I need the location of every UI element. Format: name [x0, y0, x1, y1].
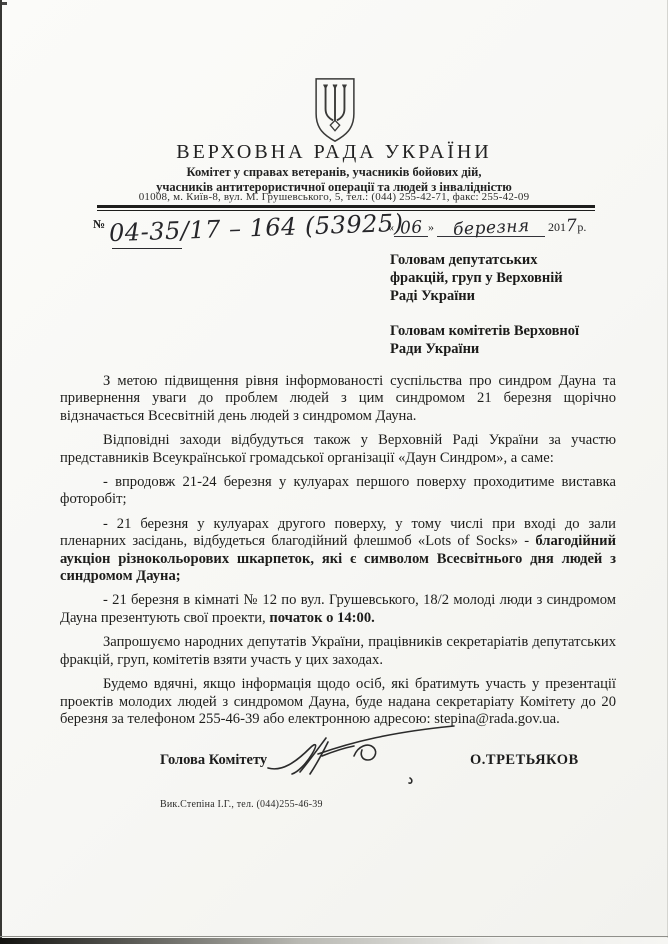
- reference-number-label: №: [93, 217, 105, 231]
- paragraph-invitation: Запрошуємо народних депутатів України, п…: [60, 634, 616, 669]
- bullet-flashmob: - 21 березня у кулуарах другого поверху,…: [60, 516, 616, 586]
- date-year-printed: 201: [548, 220, 566, 234]
- signature-title: Голова Комітету: [160, 752, 267, 769]
- paragraph-contact: Будемо вдячні, якщо інформація щодо осіб…: [60, 676, 616, 728]
- bullet-photo-exhibition: - впродовж 21-24 березня у кулуарах перш…: [60, 474, 616, 509]
- date-close-quote: »: [428, 220, 434, 234]
- address-line: 01008, м. Київ-8, вул. М. Грушевського, …: [0, 191, 668, 203]
- paragraph-events-intro: Відповідні заходи відбудуться також у Ве…: [60, 432, 616, 467]
- reference-number-underline: [112, 248, 182, 249]
- bullet-presentation: - 21 березня в кімнаті № 12 по вул. Груш…: [60, 592, 616, 627]
- recipient-faction-heads: Головам депутатських фракцій, груп у Вер…: [390, 251, 640, 305]
- reference-number-value: 04-35/17 – 164 (53925): [109, 209, 404, 247]
- committee-name: Комітет у справах ветеранів, учасників б…: [0, 165, 668, 194]
- paragraph-purpose: З метою підвищення рівня інформованості …: [60, 373, 616, 425]
- scan-bottom-line: [0, 936, 668, 937]
- letter-body: З метою підвищення рівня інформованості …: [60, 373, 616, 735]
- date-year-written: 7: [566, 216, 578, 236]
- date-day-value: 06: [399, 217, 423, 238]
- date-field: «06» березня 2017р.: [388, 216, 586, 237]
- signature-name: О.ТРЕТЬЯКОВ: [470, 752, 579, 769]
- date-month-blank: березня: [437, 216, 545, 237]
- executor-note: Вик.Степіна І.Г., тел. (044)255-46-39: [160, 799, 323, 810]
- bullet-flashmob-text: - 21 березня у кулуарах другого поверху,…: [60, 516, 616, 549]
- scanned-letter-page: ВЕРХОВНА РАДА УКРАЇНИ Комітет у справах …: [0, 0, 668, 944]
- reference-number: № 04-35/17 – 164 (53925): [93, 214, 404, 242]
- bullet-presentation-bold-text: початок о 14:00.: [269, 610, 374, 626]
- scan-corner-mark: [2, 2, 7, 5]
- org-name: ВЕРХОВНА РАДА УКРАЇНИ: [0, 141, 668, 164]
- date-month-value: березня: [452, 216, 530, 240]
- date-year-suffix: р.: [577, 220, 586, 234]
- date-day-blank: 06: [394, 216, 428, 237]
- scan-bottom-shadow: [0, 938, 668, 944]
- recipient-committee-heads: Головам комітетів Верховної Ради України: [390, 322, 640, 358]
- ukraine-trident-emblem-icon: [305, 76, 365, 144]
- recipients-block: Головам депутатських фракцій, груп у Вер…: [390, 251, 640, 375]
- signature-scribble: [262, 722, 462, 786]
